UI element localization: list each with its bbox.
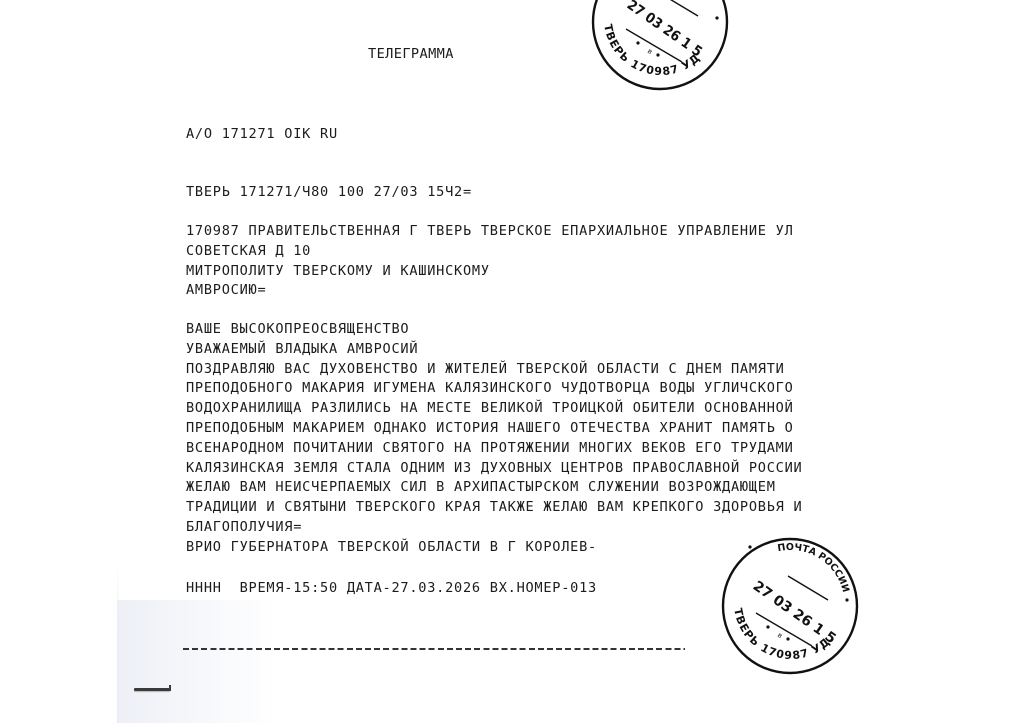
signature-line: ВРИО ГУБЕРНАТОРА ТВЕРСКОЙ ОБЛАСТИ В Г КО… [186,538,802,558]
body-line: БЛАГОПОЛУЧИЯ= [186,518,802,538]
recipient-address: 170987 ПРАВИТЕЛЬСТВЕННАЯ Г ТВЕРЬ ТВЕРСКО… [186,222,794,301]
address-line: СОВЕТСКАЯ Д 10 [186,242,794,262]
routing-code: А/О 171271 OIK RU [186,124,338,144]
address-line: 170987 ПРАВИТЕЛЬСТВЕННАЯ Г ТВЕРЬ ТВЕРСКО… [186,222,794,242]
address-line: АМВРОСИЮ= [186,281,794,301]
receipt-footer: НННН ВРЕМЯ-15:50 ДАТА-27.03.2026 ВХ.НОМЕ… [186,578,597,598]
message-body: ВАШЕ ВЫСОКОПРЕОСВЯЩЕНСТВО УВАЖАЕМЫЙ ВЛАД… [186,320,802,558]
address-line: МИТРОПОЛИТУ ТВЕРСКОМУ И КАШИНСКОМУ [186,262,794,282]
body-line: КАЛЯЗИНСКАЯ ЗЕМЛЯ СТАЛА ОДНИМ ИЗ ДУХОВНЫ… [186,459,802,479]
svg-text:ПОЧТА РОССИИ: ПОЧТА РОССИИ [777,542,851,594]
body-line: ВОДОХРАНИЛИЩА РАЗЛИЛИСЬ НА МЕСТЕ ВЕЛИКОЙ… [186,399,802,419]
stamp-mark-text: в [646,47,654,56]
stamp-mark-text: в [776,631,784,640]
postmark-icon: ПОЧТА РОССИИ ТВЕРЬ 170987 УД 27 03 26 1 … [590,0,730,92]
body-line: ВАШЕ ВЫСОКОПРЕОСВЯЩЕНСТВО [186,320,802,340]
body-line: ПОЗДРАВЛЯЮ ВАС ДУХОВЕНСТВО И ЖИТЕЛЕЙ ТВЕ… [186,360,802,380]
body-line: УВАЖАЕМЫЙ ВЛАДЫКА АМВРОСИЙ [186,340,802,360]
stamp-org-text: ПОЧТА РОССИИ [777,542,851,594]
telegram-title: ТЕЛЕГРАММА [368,46,454,62]
origin-line: ТВЕРЬ 171271/Ч80 100 27/03 15Ч2= [186,182,472,202]
dashed-separator [183,648,685,650]
body-line: ТРАДИЦИИ И СВЯТЫНИ ТВЕРСКОГО КРАЯ ТАКЖЕ … [186,498,802,518]
staple-pin-icon [134,688,170,691]
body-line: ПРЕПОДОБНОГО МАКАРИЯ ИГУМЕНА КАЛЯЗИНСКОГ… [186,379,802,399]
paper-shadow [117,600,277,723]
body-line: ЖЕЛАЮ ВАМ НЕИСЧЕРПАЕМЫХ СИЛ В АРХИПАСТЫР… [186,478,802,498]
postmark-stamp-bottom: ПОЧТА РОССИИ ТВЕРЬ 170987 УД 27 03 26 1 … [720,536,860,676]
body-line: ВСЕНАРОДНОМ ПОЧИТАНИИ СВЯТОГО НА ПРОТЯЖЕ… [186,439,802,459]
postmark-stamp-top: ПОЧТА РОССИИ ТВЕРЬ 170987 УД 27 03 26 1 … [590,0,730,92]
stamp-date-text: 27 03 26 1 5 [750,578,839,647]
postmark-icon: ПОЧТА РОССИИ ТВЕРЬ 170987 УД 27 03 26 1 … [720,536,860,676]
body-line: ПРЕПОДОБНЫМ МАКАРИЕМ ОДНАКО ИСТОРИЯ НАШЕ… [186,419,802,439]
